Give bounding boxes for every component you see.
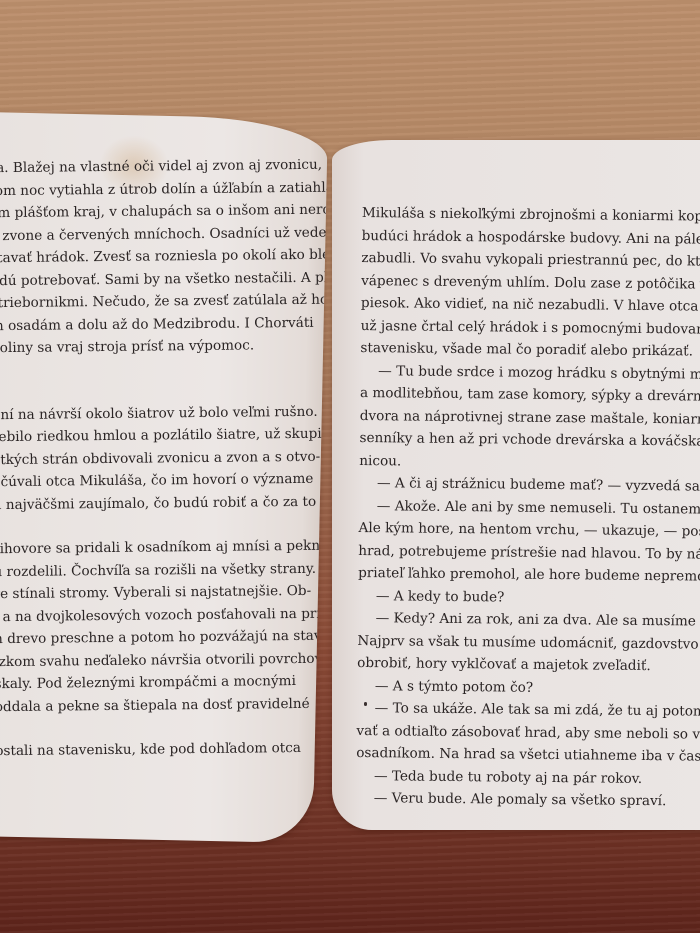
dialogue-line: — Veru bude. Ale pomaly sa všetko spraví… bbox=[356, 787, 700, 814]
text-line: striebornikmi. Nečudo, že sa zvesť zatúl… bbox=[0, 288, 328, 314]
paragraph: rihovore sa pridali k osadníkom aj mnísi… bbox=[0, 534, 328, 718]
left-page-text: sa. Blažej na vlastné oči videl aj zvon … bbox=[0, 153, 328, 762]
text-line: ým plášťom kraj, v chalupách sa o inšom … bbox=[0, 198, 328, 224]
text-line: senníky a hen až pri vchode drevárska a … bbox=[359, 427, 700, 454]
text-line: n drevo preschne a potom ho pozvážajú na… bbox=[0, 624, 328, 650]
paragraph: sa. Blažej na vlastné oči videl aj zvon … bbox=[0, 153, 328, 359]
text-line: rebilo riedkou hmlou a pozlátilo šiatre,… bbox=[0, 422, 328, 448]
text-line: h najväčšmi zaujímalo, čo budú robiť a č… bbox=[0, 490, 328, 516]
paragraph: ostali na stavenisku, kde pod dohľadom o… bbox=[0, 736, 328, 762]
text-line: očúvali otca Mikuláša, čo im hovorí o vý… bbox=[0, 467, 328, 493]
text-line: skaly. Pod železnými krompáčmi a mocnými bbox=[0, 669, 328, 695]
text-line: rihovore sa pridali k osadníkom aj mnísi… bbox=[0, 534, 328, 560]
left-page: sa. Blažej na vlastné oči videl aj zvon … bbox=[0, 112, 328, 843]
text-line: sa. Blažej na vlastné oči videl aj zvon … bbox=[0, 153, 328, 179]
right-page-text: Mikuláša s niekoľkými zbrojnošmi a konia… bbox=[356, 202, 700, 814]
text-line: re stínali stromy. Vyberali si najstatne… bbox=[0, 579, 328, 605]
ink-speck bbox=[364, 702, 367, 706]
text-line: oddala a pekne sa štiepala na dosť pravi… bbox=[0, 692, 328, 718]
text-line: ostali na stavenisku, kde pod dohľadom o… bbox=[0, 736, 328, 762]
paragraph: dní na návrší okolo šiatrov už bolo veľm… bbox=[0, 400, 328, 516]
text-line: m osadám a dolu až do Medzibrodu. I Chor… bbox=[0, 311, 328, 337]
right-page: Mikuláša s niekoľkými zbrojnošmi a konia… bbox=[332, 140, 700, 830]
text-line: stavať hrádok. Zvesť sa rozniesla po oko… bbox=[0, 243, 328, 269]
